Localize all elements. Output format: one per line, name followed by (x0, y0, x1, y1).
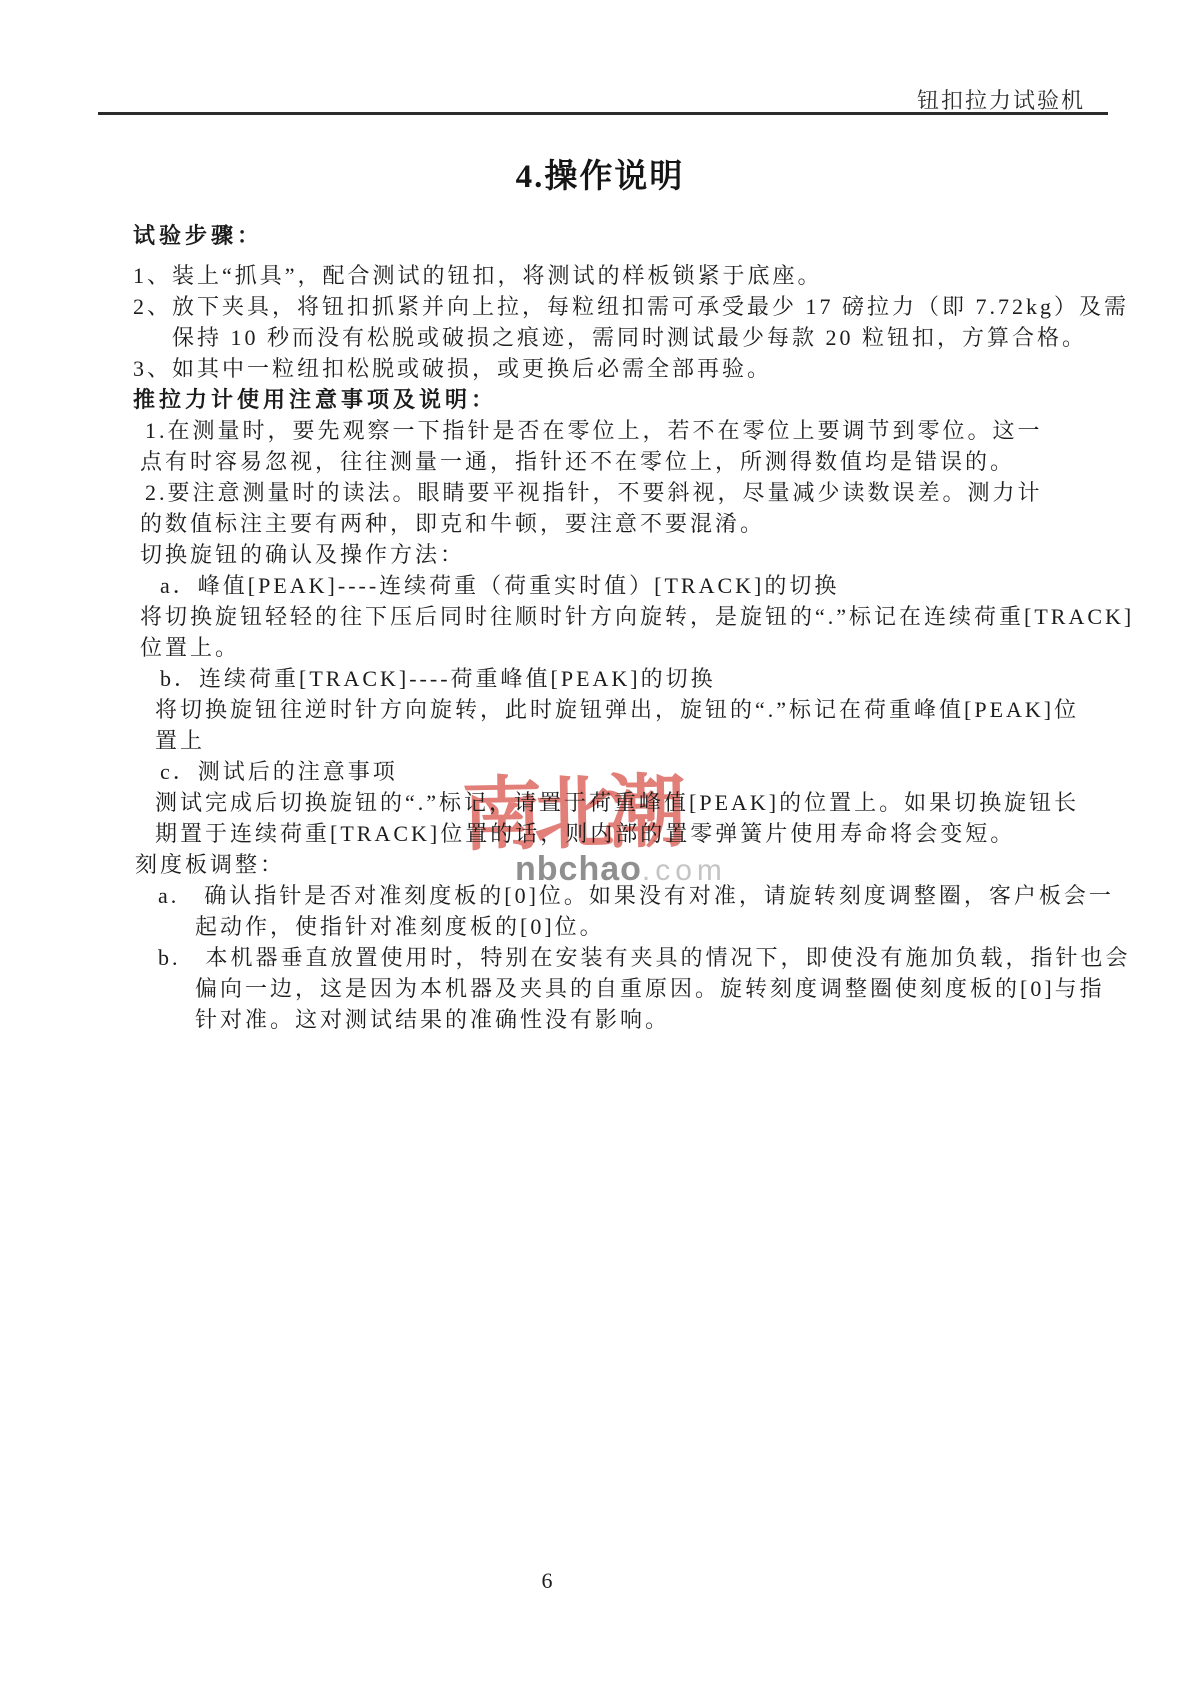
step-3: 3、如其中一粒纽扣松脱或破损，或更换后必需全部再验。 (133, 353, 1200, 384)
note-1-continued: 点有时容易忽视，往往测量一通，指针还不在零位上，所测得数值均是错误的。 (140, 446, 1200, 477)
item-a-description: 将切换旋钮轻轻的往下压后同时往顺时针方向旋转，是旋钮的“.”标记在连续荷重[TR… (140, 601, 1200, 632)
dial-item-b-continued-2: 针对准。这对测试结果的准确性没有影响。 (195, 1004, 1200, 1035)
item-a-continued: 位置上。 (140, 632, 1200, 663)
page-number: 6 (0, 1568, 1094, 1594)
step-2: 2、放下夹具，将钮扣抓紧并向上拉，每粒纽扣需可承受最少 17 磅拉力（即 7.7… (133, 291, 1200, 322)
heading-gauge-notes: 推拉力计使用注意事项及说明： (133, 384, 1200, 415)
item-b-track-peak: b．连续荷重[TRACK]----荷重峰值[PEAK]的切换 (160, 663, 1200, 694)
document-body: 试验步骤： 1、装上“抓具”，配合测试的钮扣，将测试的样板锁紧于底座。 2、放下… (0, 220, 1200, 1035)
note-2-continued: 的数值标注主要有两种，即克和牛顿，要注意不要混淆。 (140, 508, 1200, 539)
item-b-description: 将切换旋钮往逆时针方向旋转，此时旋钮弹出，旋钮的“.”标记在荷重峰值[PEAK]… (155, 694, 1200, 725)
dial-item-a: a. 确认指针是否对准刻度板的[0]位。如果没有对准，请旋转刻度调整圈，客户板会… (158, 880, 1200, 911)
note-2: 2.要注意测量时的读法。眼睛要平视指针，不要斜视，尽量减少读数误差。测力计 (145, 477, 1200, 508)
page-header-title: 钮扣拉力试验机 (917, 84, 1085, 115)
dial-item-a-continued: 起动作，使指针对准刻度板的[0]位。 (195, 911, 1200, 942)
step-1: 1、装上“抓具”，配合测试的钮扣，将测试的样板锁紧于底座。 (133, 260, 1200, 291)
item-c-title: c．测试后的注意事项 (160, 756, 1200, 787)
header-divider-line (98, 112, 1108, 115)
dial-item-b-continued: 偏向一边，这是因为本机器及夹具的自重原因。旋转刻度调整圈使刻度板的[0]与指 (195, 973, 1200, 1004)
document-page: 钮扣拉力试验机 4.操作说明 南北潮 nbchao.com 试验步骤： 1、装上… (0, 0, 1200, 1697)
heading-test-steps: 试验步骤： (133, 220, 1200, 251)
item-b-continued: 置上 (155, 725, 1200, 756)
item-c-description: 测试完成后切换旋钮的“.”标记，请置于荷重峰值[PEAK]的位置上。如果切换旋钮… (155, 787, 1200, 818)
heading-dial-adjust: 刻度板调整： (135, 849, 1200, 880)
dial-item-b: b. 本机器垂直放置使用时，特别在安装有夹具的情况下，即使没有施加负载，指针也会 (158, 942, 1200, 973)
item-a-peak-track: a．峰值[PEAK]----连续荷重（荷重实时值）[TRACK]的切换 (160, 570, 1200, 601)
step-2-continued: 保持 10 秒而没有松脱或破损之痕迹，需同时测试最少每款 20 粒钮扣，方算合格… (172, 322, 1200, 353)
item-c-continued: 期置于连续荷重[TRACK]位置的话，则内部的置零弹簧片使用寿命将会变短。 (155, 818, 1200, 849)
note-1: 1.在测量时，要先观察一下指针是否在零位上，若不在零位上要调节到零位。这一 (145, 415, 1200, 446)
section-title: 4.操作说明 (0, 150, 1200, 197)
subheading-knob-method: 切换旋钮的确认及操作方法： (140, 539, 1200, 570)
